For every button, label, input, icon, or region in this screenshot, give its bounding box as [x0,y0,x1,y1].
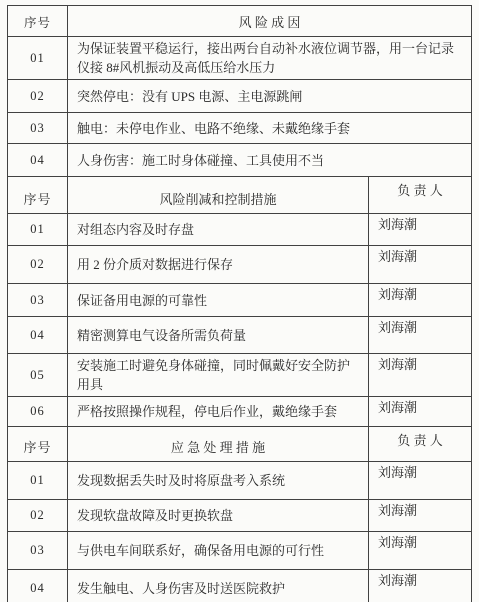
row-number: 02 [8,246,68,284]
row-owner: 刘海潮 [369,532,472,570]
table-row: 01 对组态内容及时存盘 刘海潮 [8,214,472,246]
row-number: 03 [8,532,68,570]
header-owner-label: 负 责 人 [369,177,472,214]
risk-table: 序号 风 险 成 因 01 为保证装置平稳运行，接出两台自动补水液位调节器，用一… [7,5,472,602]
section3-header-row: 序号 应 急 处 理 措 施 负 责 人 [8,427,472,462]
row-owner: 刘海潮 [369,284,472,317]
table-row: 03 与供电车间联系好，确保备用电源的可行性 刘海潮 [8,532,472,570]
row-owner: 刘海潮 [369,462,472,500]
table-row: 01 发现数据丢失时及时将原盘考入系统 刘海潮 [8,462,472,500]
section2-title: 风险削减和控制措施 [68,177,369,214]
row-number: 04 [8,570,68,602]
row-number: 05 [8,354,68,397]
table-row: 04 精密测算电气设备所需负荷量 刘海潮 [8,317,472,354]
row-owner: 刘海潮 [369,317,472,354]
row-owner: 刘海潮 [369,570,472,602]
row-text: 触电：未停电作业、电路不绝缘、未戴绝缘手套 [68,113,472,144]
table-row: 02 发现软盘故障及时更换软盘 刘海潮 [8,500,472,532]
row-text: 发现软盘故障及时更换软盘 [68,500,369,532]
section2-header-row: 序号 风险削减和控制措施 负 责 人 [8,177,472,214]
row-number: 04 [8,317,68,354]
row-owner: 刘海潮 [369,354,472,397]
row-text: 对组态内容及时存盘 [68,214,369,246]
row-text: 发现数据丢失时及时将原盘考入系统 [68,462,369,500]
row-number: 02 [8,500,68,532]
row-number: 06 [8,397,68,427]
row-owner: 刘海潮 [369,246,472,284]
row-owner: 刘海潮 [369,397,472,427]
row-number: 03 [8,113,68,144]
document-page: 序号 风 险 成 因 01 为保证装置平稳运行，接出两台自动补水液位调节器，用一… [7,5,472,602]
row-number: 03 [8,284,68,317]
header-no-label: 序号 [8,427,68,462]
table-row: 04 发生触电、人身伤害及时送医院救护 刘海潮 [8,570,472,602]
row-number: 04 [8,144,68,177]
row-number: 01 [8,37,68,80]
row-owner: 刘海潮 [369,214,472,246]
row-number: 01 [8,462,68,500]
row-text: 发生触电、人身伤害及时送医院救护 [68,570,369,602]
row-text: 为保证装置平稳运行，接出两台自动补水液位调节器，用一台记录仪接 8#风机振动及高… [68,37,472,80]
table-row: 06 严格按照操作规程，停电后作业，戴绝缘手套 刘海潮 [8,397,472,427]
header-no-label: 序号 [8,6,68,37]
header-no-label: 序号 [8,177,68,214]
row-text: 精密测算电气设备所需负荷量 [68,317,369,354]
table-row: 04 人身伤害：施工时身体碰撞、工具使用不当 [8,144,472,177]
row-text: 突然停电：没有 UPS 电源、主电源跳闸 [68,80,472,113]
row-text: 保证备用电源的可靠性 [68,284,369,317]
row-owner: 刘海潮 [369,500,472,532]
table-row: 03 触电：未停电作业、电路不绝缘、未戴绝缘手套 [8,113,472,144]
section1-title: 风 险 成 因 [68,6,472,37]
section3-title: 应 急 处 理 措 施 [68,427,369,462]
row-text: 人身伤害：施工时身体碰撞、工具使用不当 [68,144,472,177]
table-row: 02 用 2 份介质对数据进行保存 刘海潮 [8,246,472,284]
header-owner-label: 负 责 人 [369,427,472,462]
row-number: 02 [8,80,68,113]
row-text: 安装施工时避免身体碰撞，同时佩戴好安全防护用具 [68,354,369,397]
row-number: 01 [8,214,68,246]
table-row: 05 安装施工时避免身体碰撞，同时佩戴好安全防护用具 刘海潮 [8,354,472,397]
table-row: 02 突然停电：没有 UPS 电源、主电源跳闸 [8,80,472,113]
row-text: 严格按照操作规程，停电后作业，戴绝缘手套 [68,397,369,427]
table-row: 03 保证备用电源的可靠性 刘海潮 [8,284,472,317]
table-row: 01 为保证装置平稳运行，接出两台自动补水液位调节器，用一台记录仪接 8#风机振… [8,37,472,80]
row-text: 与供电车间联系好，确保备用电源的可行性 [68,532,369,570]
section1-header-row: 序号 风 险 成 因 [8,6,472,37]
row-text: 用 2 份介质对数据进行保存 [68,246,369,284]
